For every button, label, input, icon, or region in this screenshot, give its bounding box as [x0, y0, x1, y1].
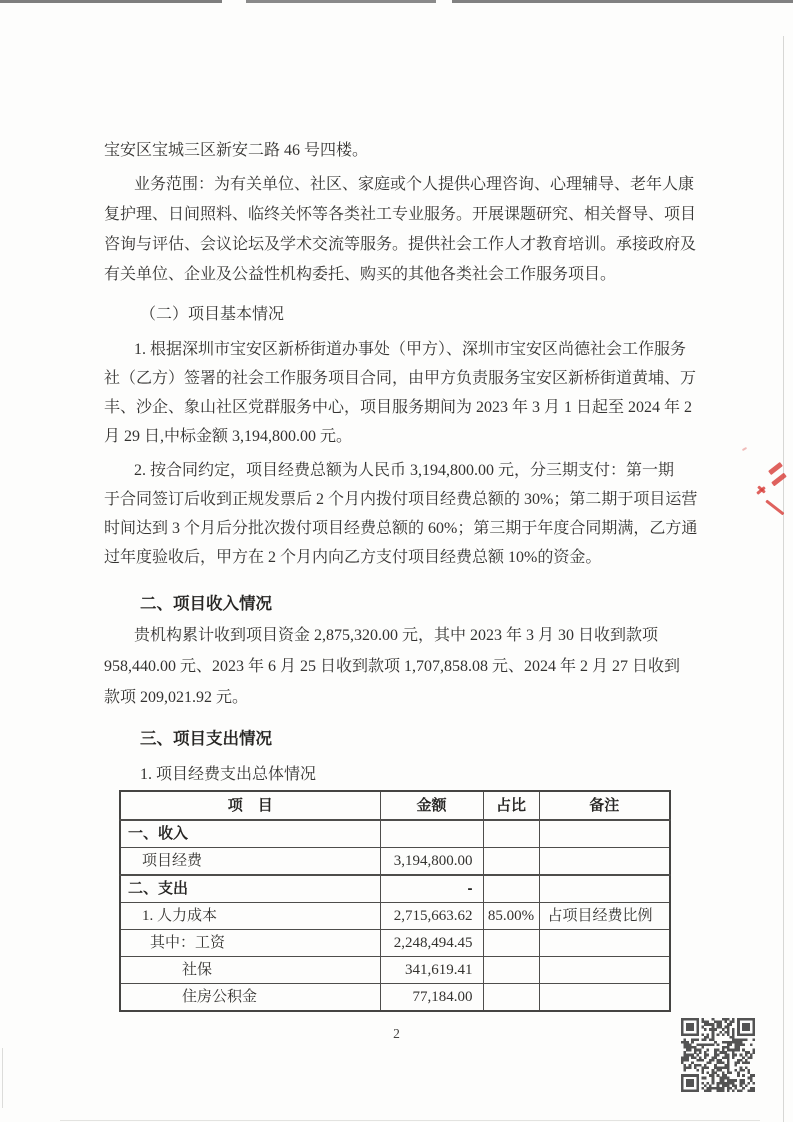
scan-edge-bottom: [60, 1120, 760, 1121]
expense-table-caption: 1. 项目经费支出总体情况: [104, 763, 716, 787]
text-line: 于合同签订后收到正规发票后 2 个月内拨付项目经费总额的 30%；第二期于项目运…: [104, 485, 716, 514]
cell-item: 社保: [120, 957, 380, 984]
table-row: 项目经费 3,194,800.00: [120, 848, 670, 876]
text-line: 丰、沙企、象山社区党群服务中心，项目服务期间为 2023 年 3 月 1 日起至…: [104, 393, 716, 422]
cell-note: [539, 984, 670, 1012]
cell-amount: 77,184.00: [380, 984, 483, 1012]
cell-ratio: 85.00%: [483, 903, 539, 930]
text-line: 时间达到 3 个月后分批次拨付项目经费总额的 60%；第三期于年度合同期满，乙方…: [104, 514, 716, 543]
text-line: 宝安区宝城三区新安二路 46 号四楼。: [104, 136, 716, 166]
table-row: 1. 人力成本 2,715,663.62 85.00% 占项目经费比例: [120, 903, 670, 930]
cell-ratio: [483, 848, 539, 876]
cell-item: 1. 人力成本: [120, 903, 380, 930]
qr-code: [681, 1018, 755, 1092]
text-line: 1. 根据深圳市宝安区新桥街道办事处（甲方）、深圳市宝安区尚德社会工作服务: [104, 335, 716, 364]
section-heading-income: 二、项目收入情况: [104, 592, 716, 616]
cell-ratio: [483, 930, 539, 957]
text-line: 958,440.00 元、2023 年 6 月 25 日收到款项 1,707,8…: [104, 651, 716, 682]
expense-table: 项 目 金额 占比 备注 一、收入 项目经费 3,194,800.00 二、支出…: [119, 790, 671, 1012]
cell-item: 一、收入: [120, 820, 380, 848]
scan-edge-top: [0, 0, 793, 3]
cell-ratio: [483, 957, 539, 984]
cell-amount: [380, 820, 483, 848]
text-line: 过年度验收后，甲方在 2 个月内向乙方支付项目经费总额 10%的资金。: [104, 543, 716, 572]
column-header-amount: 金额: [380, 791, 483, 820]
cell-amount: 3,194,800.00: [380, 848, 483, 876]
cell-note: [539, 930, 670, 957]
cell-note: [539, 957, 670, 984]
text-line: 社（乙方）签署的社会工作服务项目合同，由甲方负责服务宝安区新桥街道黄埔、万: [104, 364, 716, 393]
text-line: 业务范围：为有关单位、社区、家庭或个人提供心理咨询、心理辅导、老年人康: [104, 170, 716, 200]
cell-ratio: [483, 875, 539, 903]
cell-amount: -: [380, 875, 483, 903]
table-row: 社保 341,619.41: [120, 957, 670, 984]
text-line: 贵机构累计收到项目资金 2,875,320.00 元，其中 2023 年 3 月…: [104, 620, 716, 651]
table-row: 一、收入: [120, 820, 670, 848]
cell-amount: 341,619.41: [380, 957, 483, 984]
cell-note: [539, 848, 670, 876]
text-line: 月 29 日,中标金额 3,194,800.00 元。: [104, 422, 716, 451]
red-stamp-fragment: [738, 440, 793, 560]
table-row: 住房公积金 77,184.00: [120, 984, 670, 1012]
column-header-note: 备注: [539, 791, 670, 820]
cell-amount: 2,715,663.62: [380, 903, 483, 930]
text-line: 款项 209,021.92 元。: [104, 682, 716, 713]
address-line: 宝安区宝城三区新安二路 46 号四楼。: [104, 136, 716, 166]
section-heading-basic-info: （二）项目基本情况: [104, 303, 716, 327]
business-scope-paragraph: 业务范围：为有关单位、社区、家庭或个人提供心理咨询、心理辅导、老年人康 复护理、…: [104, 170, 716, 290]
page-number: 2: [0, 1026, 793, 1042]
cell-amount: 2,248,494.45: [380, 930, 483, 957]
cell-note: 占项目经费比例: [539, 903, 670, 930]
text-line: 咨询与评估、会议论坛及学术交流等服务。提供社会工作人才教育培训。承接政府及: [104, 230, 716, 260]
cell-ratio: [483, 820, 539, 848]
cell-item: 住房公积金: [120, 984, 380, 1012]
table-row: 其中：工资 2,248,494.45: [120, 930, 670, 957]
cell-item: 其中：工资: [120, 930, 380, 957]
text-line: 有关单位、企业及公益性机构委托、购买的其他各类社会工作服务项目。: [104, 260, 716, 290]
table-row: 二、支出 -: [120, 875, 670, 903]
contract-paragraph-2: 2. 按合同约定，项目经费总额为人民币 3,194,800.00 元，分三期支付…: [104, 456, 716, 572]
section-heading-expense: 三、项目支出情况: [104, 727, 716, 751]
table-header-row: 项 目 金额 占比 备注: [120, 791, 670, 820]
scan-edge-left: [2, 1048, 3, 1108]
column-header-item: 项 目: [120, 791, 380, 820]
cell-item: 项目经费: [120, 848, 380, 876]
cell-ratio: [483, 984, 539, 1012]
text-line: 2. 按合同约定，项目经费总额为人民币 3,194,800.00 元，分三期支付…: [104, 456, 716, 485]
contract-paragraph-1: 1. 根据深圳市宝安区新桥街道办事处（甲方）、深圳市宝安区尚德社会工作服务 社（…: [104, 335, 716, 451]
cell-note: [539, 820, 670, 848]
document-page: 宝安区宝城三区新安二路 46 号四楼。 业务范围：为有关单位、社区、家庭或个人提…: [0, 0, 793, 1122]
column-header-ratio: 占比: [483, 791, 539, 820]
text-line: 复护理、日间照料、临终关怀等各类社工专业服务。开展课题研究、相关督导、项目: [104, 200, 716, 230]
cell-item: 二、支出: [120, 875, 380, 903]
scan-edge-right: [783, 36, 784, 1122]
income-paragraph: 贵机构累计收到项目资金 2,875,320.00 元，其中 2023 年 3 月…: [104, 620, 716, 713]
cell-note: [539, 875, 670, 903]
